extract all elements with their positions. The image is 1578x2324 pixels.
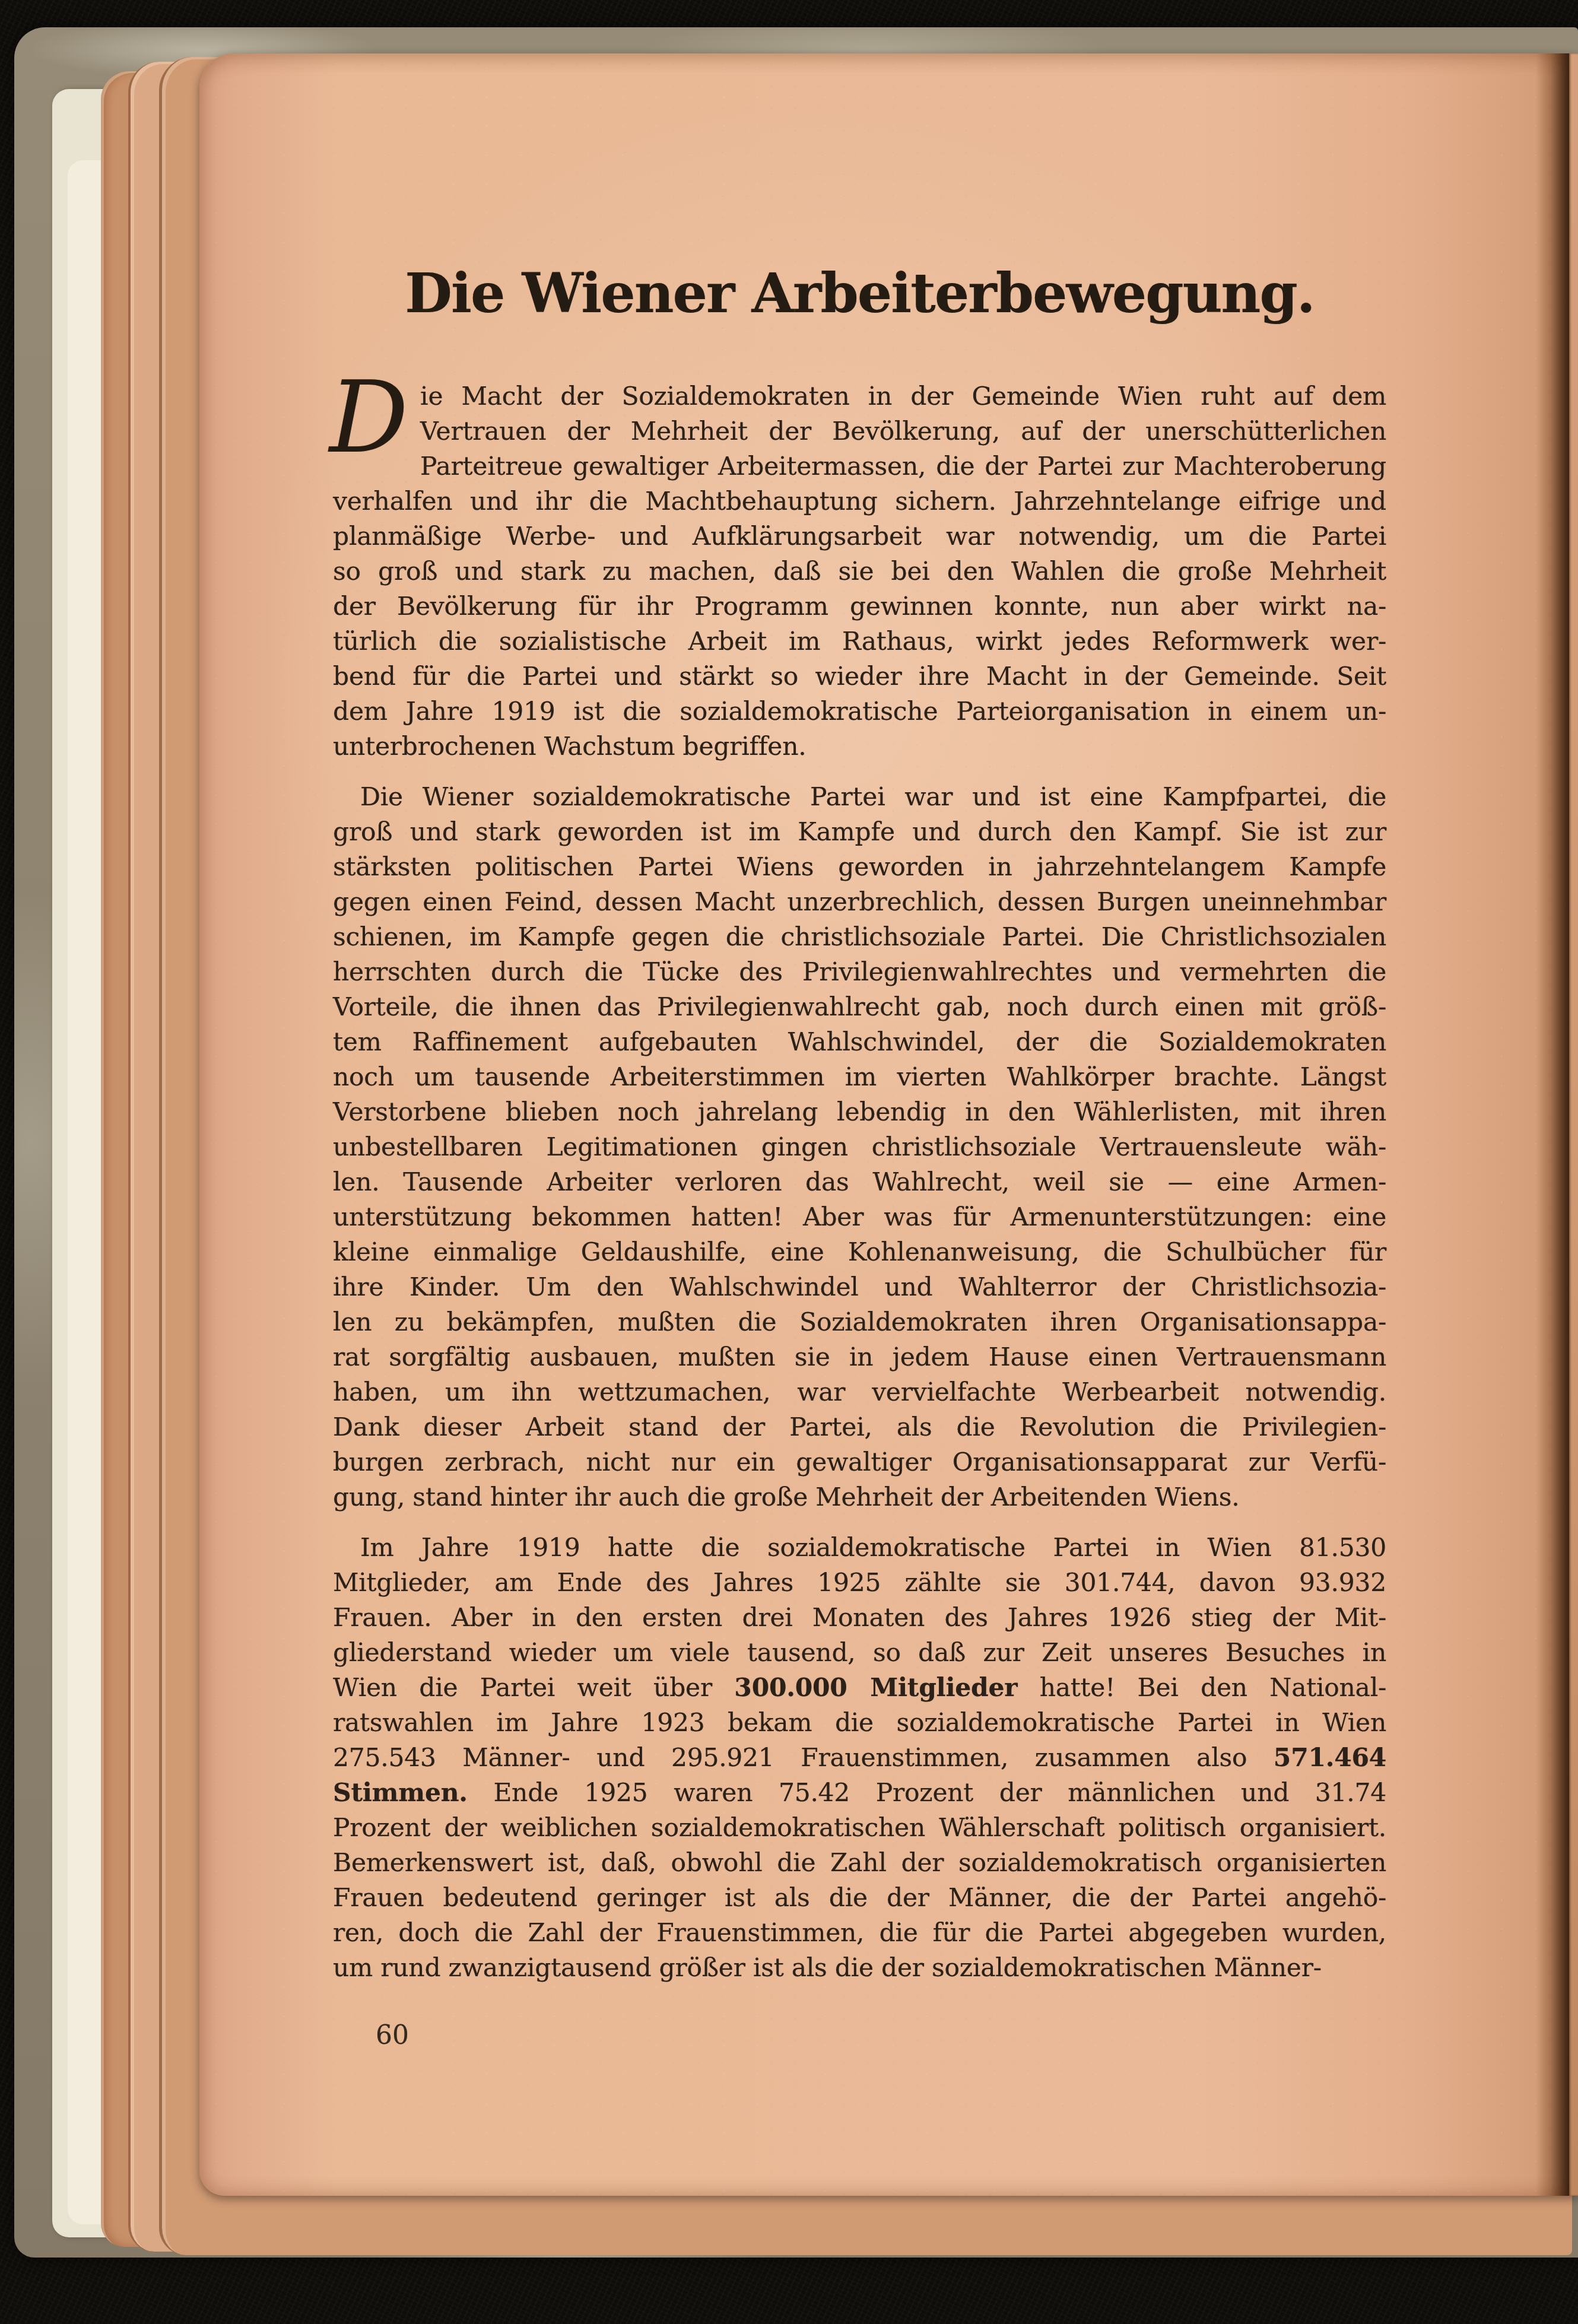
page-text-block: Die Wiener Arbeiterbewegung. Die Macht d… <box>333 53 1386 2050</box>
text-line: Verstorbene blieben noch jahrelang leben… <box>333 1095 1386 1130</box>
drop-cap-initial: D <box>329 384 408 453</box>
text-line: tem Raffinement aufgebauten Wahlschwinde… <box>333 1025 1386 1060</box>
text-line: verhalfen und ihr die Machtbehauptung si… <box>333 484 1386 519</box>
text-line: dem Jahre 1919 ist die sozialdemokratisc… <box>333 694 1386 729</box>
text-line: so groß und stark zu machen, daß sie bei… <box>333 554 1386 589</box>
text-line: ie Macht der Sozialdemokraten in der Gem… <box>333 379 1386 414</box>
gutter-shadow-overlay <box>1536 53 1569 2196</box>
text-line: gliederstand wieder um viele tausend, so… <box>333 1636 1386 1671</box>
text-line: Frauen bedeutend geringer ist als die de… <box>333 1881 1386 1916</box>
text-line: len. Tausende Arbeiter verloren das Wahl… <box>333 1165 1386 1200</box>
text-line: unbestellbaren Legitimationen gingen chr… <box>333 1130 1386 1165</box>
text-line: Frauen. Aber in den ersten drei Monaten … <box>333 1601 1386 1636</box>
text-line: Prozent der weiblichen sozialdemokratisc… <box>333 1811 1386 1846</box>
text-line: ren, doch die Zahl der Frauenstimmen, di… <box>333 1916 1386 1951</box>
text-line: Vertrauen der Mehrheit der Bevölkerung, … <box>333 414 1386 449</box>
text-line: rat sorgfältig ausbauen, mußten sie in j… <box>333 1340 1386 1375</box>
text-line: noch um tausende Arbeiterstimmen im vier… <box>333 1060 1386 1095</box>
fore-edge-strip <box>1569 53 1578 2196</box>
text-line: herrschten durch die Tücke des Privilegi… <box>333 955 1386 990</box>
text-line: Im Jahre 1919 hatte die sozialdemokratis… <box>333 1531 1386 1566</box>
text-line: Die Wiener sozialdemokratische Partei wa… <box>333 780 1386 815</box>
text-line: burgen zerbrach, nicht nur ein gewaltige… <box>333 1445 1386 1480</box>
text-line: gegen einen Feind, dessen Macht unzerbre… <box>333 885 1386 920</box>
text-line: Bemerkenswert ist, daß, obwohl die Zahl … <box>333 1846 1386 1881</box>
text-line: kleine einmalige Geldaushilfe, eine Kohl… <box>333 1235 1386 1270</box>
body-text: Die Macht der Sozialdemokraten in der Ge… <box>333 379 1386 1986</box>
text-line: Wien die Partei weit über 300.000 Mitgli… <box>333 1671 1386 1706</box>
paragraph-2: Die Wiener sozialdemokratische Partei wa… <box>333 780 1386 1515</box>
text-line: gung, stand hinter ihr auch die große Me… <box>333 1480 1386 1515</box>
paragraph-1: Die Macht der Sozialdemokraten in der Ge… <box>333 379 1386 764</box>
text-line: stärksten politischen Partei Wiens gewor… <box>333 850 1386 885</box>
text-line: Stimmen. Ende 1925 waren 75.42 Prozent d… <box>333 1776 1386 1811</box>
text-line: ihre Kinder. Um den Wahlschwindel und Wa… <box>333 1270 1386 1305</box>
page-title: Die Wiener Arbeiterbewegung. <box>333 265 1386 322</box>
text-line: um rund zwanzigtausend größer ist als di… <box>333 1951 1386 1986</box>
page-number: 60 <box>333 2020 1386 2050</box>
text-line: unterbrochenen Wachstum begriffen. <box>333 729 1386 764</box>
text-line: der Bevölkerung für ihr Programm gewinne… <box>333 589 1386 624</box>
text-line: unterstützung bekommen hatten! Aber was … <box>333 1200 1386 1235</box>
text-line: haben, um ihn wettzumachen, war vervielf… <box>333 1375 1386 1410</box>
book-page: Die Wiener Arbeiterbewegung. Die Macht d… <box>199 53 1578 2196</box>
text-line: planmäßige Werbe- und Aufklärungsarbeit … <box>333 519 1386 554</box>
text-line: Parteitreue gewaltiger Arbeitermassen, d… <box>333 449 1386 484</box>
text-line: 275.543 Männer- und 295.921 Frauenstimme… <box>333 1741 1386 1776</box>
text-line: ratswahlen im Jahre 1923 bekam die sozia… <box>333 1706 1386 1741</box>
text-line: schienen, im Kampfe gegen die christlich… <box>333 920 1386 955</box>
text-line: Dank dieser Arbeit stand der Partei, als… <box>333 1410 1386 1445</box>
photo-background: { "page": { "title": "Die Wiener Arbeite… <box>0 0 1578 2324</box>
text-line: Mitglieder, am Ende des Jahres 1925 zähl… <box>333 1566 1386 1601</box>
text-line: len zu bekämpfen, mußten die Sozialdemok… <box>333 1305 1386 1340</box>
paragraph-3: Im Jahre 1919 hatte die sozialdemokratis… <box>333 1531 1386 1986</box>
text-line: bend für die Partei und stärkt so wieder… <box>333 659 1386 694</box>
text-line: türlich die sozialistische Arbeit im Rat… <box>333 624 1386 659</box>
text-line: Vorteile, die ihnen das Privilegienwahlr… <box>333 990 1386 1025</box>
text-line: groß und stark geworden ist im Kampfe un… <box>333 815 1386 850</box>
